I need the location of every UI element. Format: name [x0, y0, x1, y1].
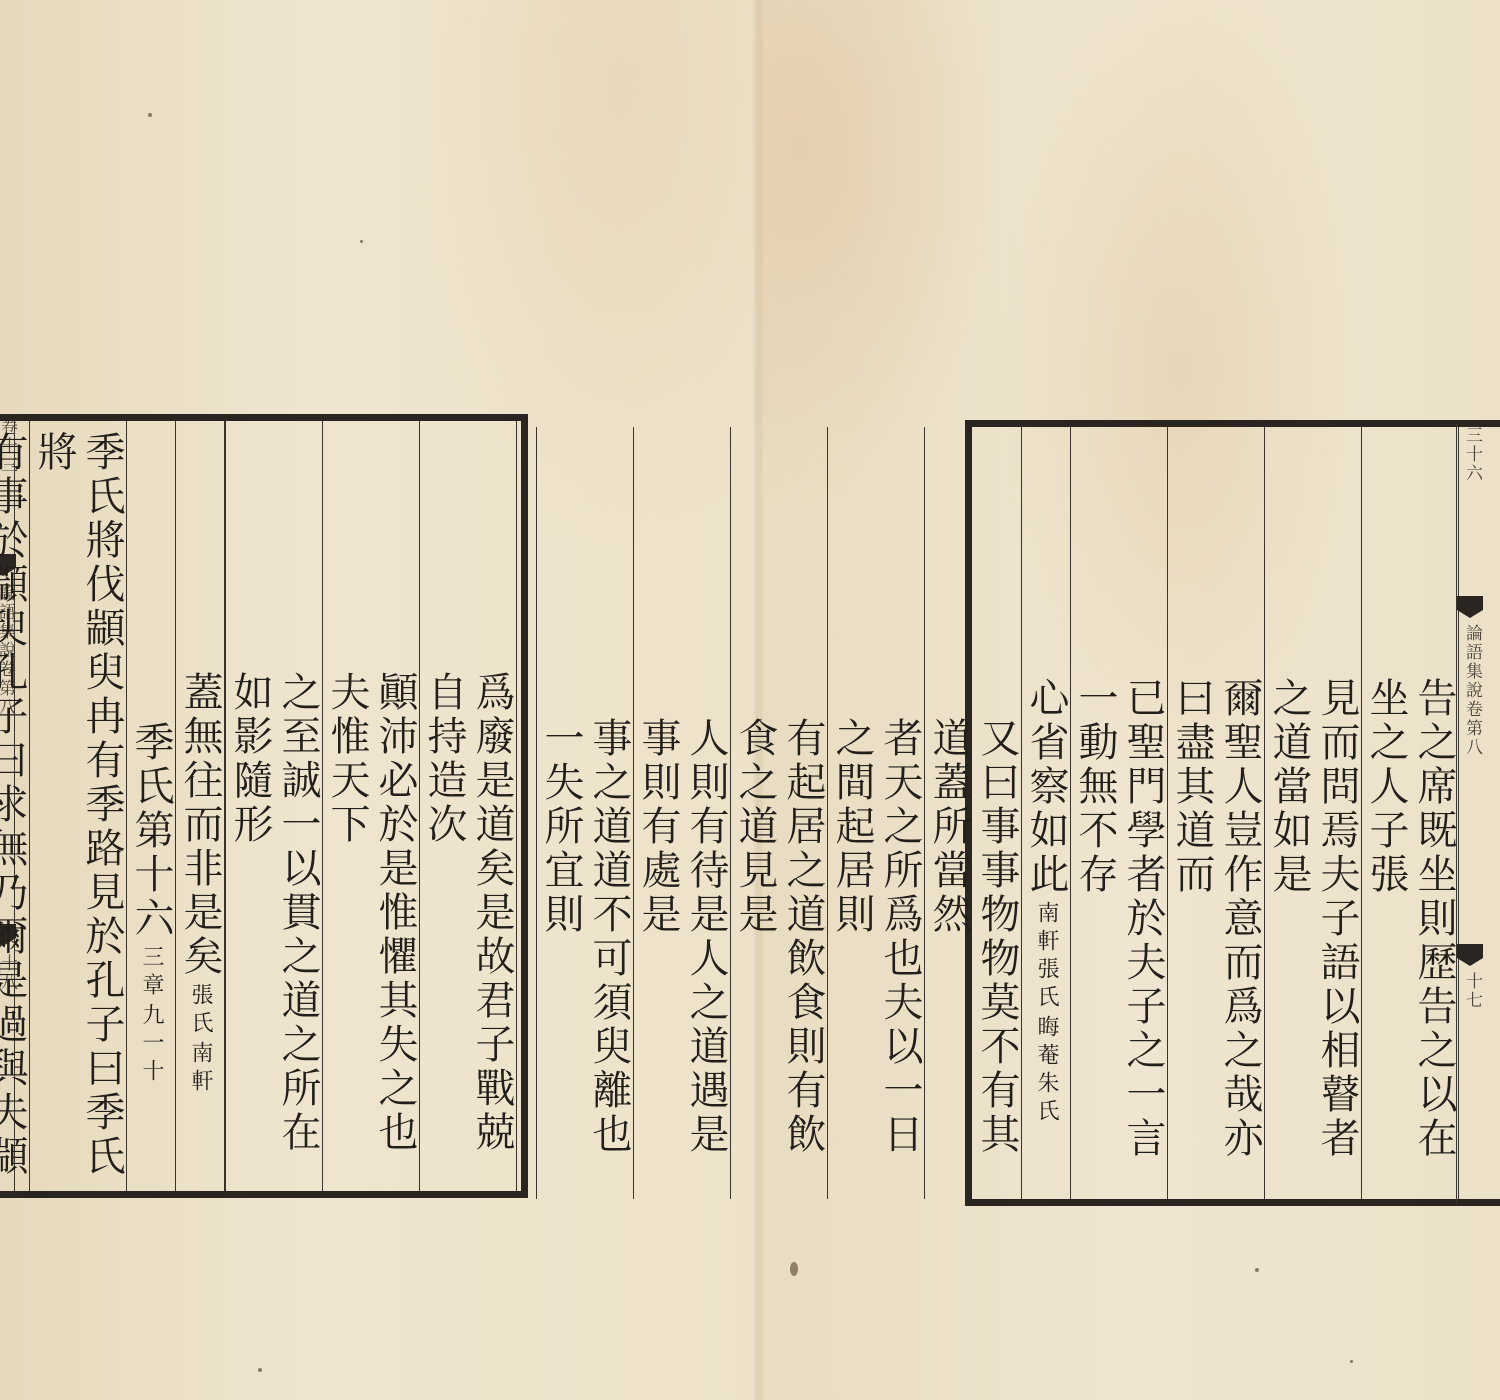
- column-text: 人則有待是人之道遇是事則有處是: [634, 717, 730, 1199]
- text-column: 爾聖人豈作意而爲之哉亦曰盡其道而: [1167, 427, 1264, 1199]
- left-text-block: 爲廢是道矣是故君子戰兢自持造次 顚沛必於是惟懼其失之也夫惟天下 之至誠一以貫之道…: [0, 414, 528, 1198]
- right-heart-title: 論語集說卷第八: [1463, 624, 1481, 757]
- fishtail-mark-icon: [1457, 596, 1483, 610]
- paper-speck: [790, 1262, 798, 1276]
- left-columns: 爲廢是道矣是故君子戰兢自持造次 顚沛必於是惟懼其失之也夫惟天下 之至誠一以貫之道…: [14, 421, 517, 1191]
- column-text: 心省察如此: [1022, 677, 1070, 897]
- chapter-heading: 季氏第十六: [127, 721, 175, 941]
- column-text: 有起居之道飲食則有飲食之道見是: [731, 717, 827, 1199]
- text-column: 已聖門學者於夫子之一言一動無不存: [1070, 427, 1167, 1199]
- text-column: 又曰事事物物莫不有其道蓋所當然: [924, 427, 1021, 1199]
- fishtail-mark-icon: [1457, 944, 1483, 958]
- blank-column: [224, 421, 225, 1191]
- paper-speck: [360, 240, 363, 243]
- column-text: 已聖門學者於夫子之一言一動無不存: [1071, 677, 1167, 1199]
- right-heart-lower-text: 十七: [1463, 972, 1481, 1010]
- interlinear-note: 九一十 三章: [140, 945, 162, 1087]
- right-text-block: 告之席既坐則歷告之以在坐之人子張 見而問焉夫子語以相瞽者之道當如是 爾聖人豈作意…: [965, 420, 1500, 1206]
- note-left-line: 三章: [140, 945, 162, 1001]
- paper-speck: [148, 113, 152, 117]
- right-heart-top-text: 三十六: [1463, 426, 1481, 483]
- book-spread: 卷十三 論語集說卷第八 十八 爲廢是道矣是故君子戰兢自持造次 顚沛必於是惟懼其失…: [0, 0, 1500, 1400]
- note-right-line: 晦菴朱氏: [1035, 1015, 1057, 1127]
- text-column: 有事於顓臾孔子曰求無乃爾是過與夫顓臾: [0, 421, 29, 1191]
- note-left-line: 南軒張氏: [1035, 901, 1057, 1013]
- interlinear-note: 晦菴朱氏 南軒張氏: [1035, 901, 1057, 1127]
- column-text: 蓋無往而非是矣: [176, 671, 224, 979]
- column-text: 事之道道不可須臾離也一失所宜則: [537, 717, 633, 1199]
- text-column: 之至誠一以貫之道之所在如影隨形: [225, 421, 322, 1191]
- column-text: 有事於顓臾孔子曰求無乃爾是過與夫顓臾: [0, 431, 29, 1191]
- text-column: 人則有待是人之道遇是事則有處是: [633, 427, 730, 1199]
- column-text: 告之席既坐則歷告之以在坐之人子張: [1362, 677, 1458, 1199]
- text-column: 爲廢是道矣是故君子戰兢自持造次: [419, 421, 517, 1191]
- paper-speck: [1255, 1268, 1259, 1272]
- note-left-line: 張氏: [189, 983, 211, 1039]
- column-text: 見而問焉夫子語以相瞽者之道當如是: [1265, 677, 1361, 1199]
- text-column: 見而問焉夫子語以相瞽者之道當如是: [1264, 427, 1361, 1199]
- column-text: 爲廢是道矣是故君子戰兢自持造次: [420, 671, 516, 1191]
- right-block-heart: 三十六 論語集說卷第八 十七: [1456, 424, 1500, 1204]
- column-text: 者天之所爲也夫以一日之間起居則: [828, 717, 924, 1199]
- column-text: 季氏將伐顓臾冉有季路見於孔子曰季氏將: [30, 431, 126, 1191]
- column-text: 顚沛必於是惟懼其失之也夫惟天下: [323, 671, 419, 1191]
- paper-speck: [1350, 1360, 1353, 1363]
- text-column: 有起居之道飲食則有飲食之道見是: [730, 427, 827, 1199]
- note-right-line: 南軒: [189, 1041, 211, 1097]
- text-column: 心省察如此 晦菴朱氏 南軒張氏: [1021, 427, 1070, 1199]
- chapter-heading-column: 季氏第十六 九一十 三章: [126, 421, 175, 1191]
- column-text: 又曰事事物物莫不有其道蓋所當然: [925, 717, 1021, 1199]
- note-right-line: 九一十: [140, 1003, 162, 1087]
- text-column: 告之席既坐則歷告之以在坐之人子張: [1361, 427, 1459, 1199]
- interlinear-note: 南軒 張氏: [189, 983, 211, 1097]
- text-column: 蓋無往而非是矣 南軒 張氏: [175, 421, 224, 1191]
- text-column: 事之道道不可須臾離也一失所宜則: [536, 427, 633, 1199]
- column-text: 之至誠一以貫之道之所在如影隨形: [226, 671, 322, 1191]
- paper-speck: [258, 1368, 262, 1372]
- text-column: 者天之所爲也夫以一日之間起居則: [827, 427, 924, 1199]
- text-column: 季氏將伐顓臾冉有季路見於孔子曰季氏將: [29, 421, 126, 1191]
- column-text: 爾聖人豈作意而爲之哉亦曰盡其道而: [1168, 677, 1264, 1199]
- text-column: 顚沛必於是惟懼其失之也夫惟天下: [322, 421, 419, 1191]
- right-columns: 告之席既坐則歷告之以在坐之人子張 見而問焉夫子語以相瞽者之道當如是 爾聖人豈作意…: [980, 427, 1459, 1199]
